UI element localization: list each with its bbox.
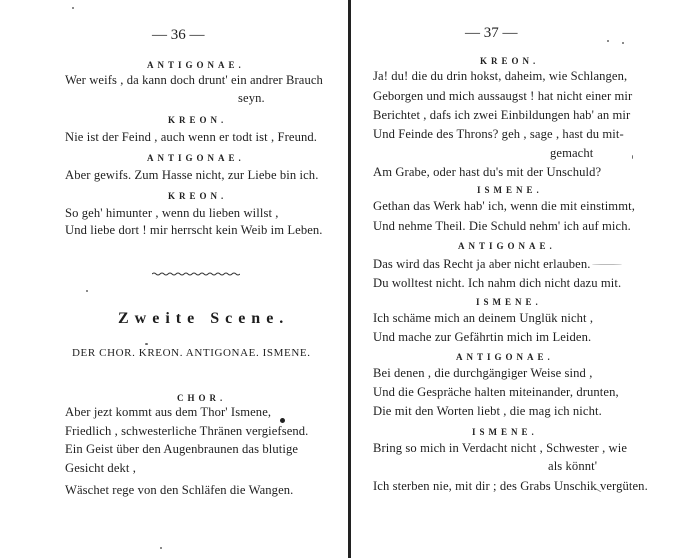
verse-line: Ja! du! die du drin hokst, daheim, wie S… [373, 69, 627, 83]
verse-line: Am Grabe, oder hast du's mit der Unschul… [373, 165, 601, 179]
speaker-label: KREON. [480, 56, 539, 66]
scan-speck [160, 547, 162, 549]
speaker-label: KREON. [168, 115, 227, 125]
verse-line: Und liebe dort ! mir herrscht kein Weib … [65, 223, 323, 237]
book-gutter-divider [348, 0, 351, 558]
verse-line: So geh' himunter , wenn du lieben willst… [65, 206, 279, 220]
speaker-label: CHOR. [177, 393, 226, 403]
verse-line: Das wird das Recht ja aber nicht erlaube… [373, 257, 591, 271]
verse-line: Ich schäme mich an deinem Unglük nicht , [373, 311, 593, 325]
verse-line: Und nehme Theil. Die Schuld nehm' ich au… [373, 219, 631, 233]
verse-line: Ich sterben nie, mit dir ; des Grabs Uns… [373, 479, 648, 493]
verse-line: Wäschet rege von den Schläfen die Wangen… [65, 483, 293, 497]
verse-line: Geborgen und mich aussaugst ! hat nicht … [373, 89, 632, 103]
verse-line: Ein Geist über den Augenbraunen das blut… [65, 442, 298, 456]
verse-line: Aber jezt kommt aus dem Thor' Ismene, [65, 405, 271, 419]
verse-line: Gesicht dekt , [65, 461, 136, 475]
verse-line: Und Feinde des Throns? geh , sage , hast… [373, 127, 624, 141]
ink-blot [280, 418, 285, 423]
speaker-label: ANTIGONAE. [147, 60, 245, 70]
verse-line: Nie ist der Feind , auch wenn er todt is… [65, 130, 317, 144]
speaker-label: ISMENE. [477, 185, 543, 195]
scene-title: Zweite Scene. [118, 310, 289, 328]
scan-speck [632, 155, 633, 159]
verse-line-continuation: als könnt' [548, 459, 597, 473]
verse-line: Und mache zur Gefährtin mich im Leiden. [373, 330, 591, 344]
verse-line-continuation: seyn. [238, 91, 265, 105]
verse-line: Und die Gespräche halten miteinander, dr… [373, 385, 619, 399]
right-page: — 37 — KREON. Ja! du! die du drin hokst,… [352, 0, 698, 558]
cast-list: DER CHOR. KREON. ANTIGONAE. ISMENE. [72, 347, 311, 359]
speaker-label: ANTIGONAE. [458, 241, 556, 251]
scan-noise [592, 264, 622, 265]
scan-speck [607, 40, 609, 42]
verse-line: Wer weifs , da kann doch drunt' ein andr… [65, 73, 323, 87]
verse-line: Die mit den Worten liebt , die mag ich n… [373, 404, 602, 418]
speaker-label: ANTIGONAE. [456, 352, 554, 362]
verse-line: Friedlich , schwesterliche Thränen vergi… [65, 424, 308, 438]
scan-speck [145, 343, 148, 345]
left-page: — 36 — ANTIGONAE. Wer weifs , da kann do… [0, 0, 348, 558]
verse-line: Bei denen , die durchgängiger Weise sind… [373, 366, 592, 380]
verse-line: Aber gewifs. Zum Hasse nicht, zur Liebe … [65, 168, 318, 182]
page-number: — 36 — [152, 27, 205, 43]
verse-line: Berichtet , dafs ich zwei Einbildungen h… [373, 108, 630, 122]
verse-line: Bring so mich in Verdacht nicht , Schwes… [373, 441, 627, 455]
speaker-label: ISMENE. [472, 427, 538, 437]
scan-speck [622, 42, 624, 44]
verse-line: Du wolltest nicht. Ich nahm dich nicht d… [373, 276, 621, 290]
verse-line: Gethan das Werk hab' ich, wenn die mit e… [373, 199, 635, 213]
decorative-wavy-rule [152, 272, 240, 276]
scan-speck [86, 290, 88, 292]
speaker-label: ISMENE. [476, 297, 542, 307]
scan-speck [72, 7, 74, 9]
speaker-label: KREON. [168, 191, 227, 201]
verse-line-continuation: gemacht [550, 146, 593, 160]
speaker-label: ANTIGONAE. [147, 153, 245, 163]
page-number: — 37 — [465, 25, 518, 41]
